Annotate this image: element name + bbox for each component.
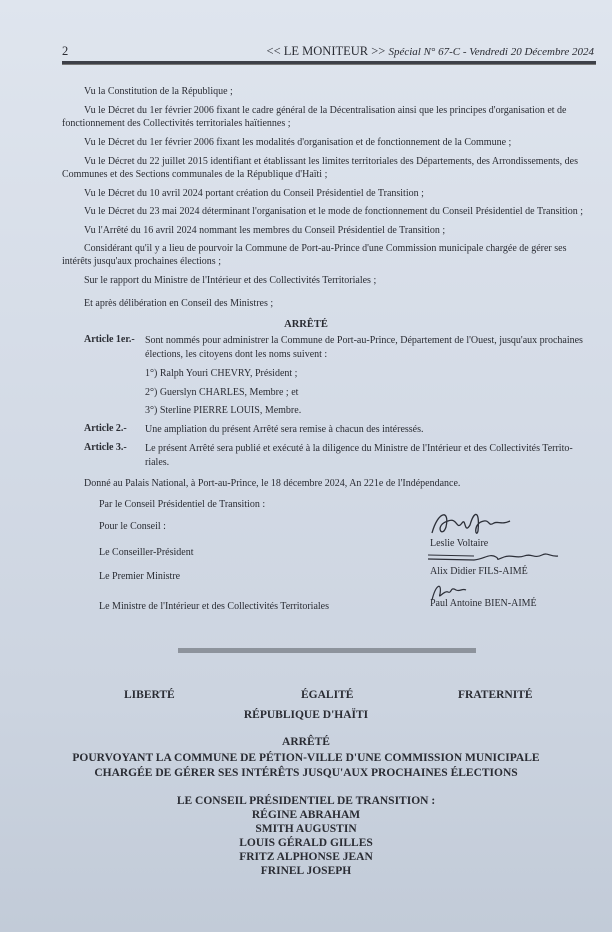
council-member: FRINEL JOSEPH bbox=[0, 864, 612, 878]
by-council: Par le Conseil Présidentiel de Transitio… bbox=[99, 498, 265, 511]
article-3-text: riales. bbox=[145, 456, 169, 469]
signature-icon bbox=[428, 505, 518, 541]
article-2-text: Une ampliation du présent Arrêté sera re… bbox=[145, 423, 424, 436]
motto-egalite: ÉGALITÉ bbox=[301, 689, 353, 701]
motto-liberte: LIBERTÉ bbox=[124, 689, 175, 701]
document-page: 2 << LE MONITEUR >> Spécial N° 67-C - Ve… bbox=[0, 0, 612, 932]
article-1-text: Sont nommés pour administrer la Commune … bbox=[145, 334, 583, 347]
consideration: Vu le Décret du 1er février 2006 fixant … bbox=[84, 104, 567, 117]
second-decree-subtitle: POURVOYANT LA COMMUNE DE PÉTION-VILLE D'… bbox=[0, 751, 612, 765]
given-at: Donné au Palais National, à Port-au-Prin… bbox=[84, 477, 460, 490]
decree-title: ARRÊTÉ bbox=[0, 318, 612, 331]
signatory-name: Paul Antoine BIEN-AIMÉ bbox=[430, 598, 537, 609]
consideration: Vu le Décret du 10 avril 2024 portant cr… bbox=[84, 187, 424, 200]
consideration-cont: intérêts jusqu'aux prochaines élections … bbox=[62, 255, 221, 268]
publication-line: << LE MONITEUR >> Spécial N° 67-C - Vend… bbox=[267, 44, 594, 59]
article-2-label: Article 2.- bbox=[84, 423, 127, 434]
signature-icon bbox=[424, 547, 564, 565]
signatory-title: Le Conseiller-Président bbox=[99, 547, 194, 558]
appointee: 1°) Ralph Youri CHEVRY, Président ; bbox=[145, 367, 297, 380]
second-decree-title: ARRÊTÉ bbox=[0, 735, 612, 749]
appointee: 3°) Sterline PIERRE LOUIS, Membre. bbox=[145, 404, 301, 417]
consideration: Vu le Décret du 1er février 2006 fixant … bbox=[84, 136, 511, 149]
article-1-label: Article 1er.- bbox=[84, 334, 135, 345]
issue-date: Vendredi 20 Décembre 2024 bbox=[469, 46, 594, 58]
council-member: FRITZ ALPHONSE JEAN bbox=[0, 850, 612, 864]
signatory-name: Alix Didier FILS-AIMÉ bbox=[430, 566, 528, 577]
consideration: Vu le Décret du 23 mai 2024 déterminant … bbox=[84, 205, 583, 218]
council-member: RÉGINE ABRAHAM bbox=[0, 808, 612, 822]
consideration: Sur le rapport du Ministre de l'Intérieu… bbox=[84, 274, 376, 287]
consideration: Vu le Décret du 22 juillet 2015 identifi… bbox=[84, 155, 578, 168]
consideration: Vu la Constitution de la République ; bbox=[84, 85, 233, 98]
issue-number: Spécial N° 67-C bbox=[388, 46, 460, 58]
consideration-cont: Communes et des Sections communales de l… bbox=[62, 168, 327, 181]
consideration: Et après délibération en Conseil des Min… bbox=[84, 297, 273, 310]
consideration: Considérant qu'il y a lieu de pourvoir l… bbox=[84, 242, 566, 255]
article-3-text: Le présent Arrêté sera publié et exécuté… bbox=[145, 442, 573, 455]
for-council: Pour le Conseil : bbox=[99, 520, 166, 533]
article-1-text: élections, les citoyens dont les noms su… bbox=[145, 348, 327, 361]
consideration-cont: fonctionnement des Collectivités territo… bbox=[62, 117, 291, 130]
council-member: SMITH AUGUSTIN bbox=[0, 822, 612, 836]
page-number: 2 bbox=[62, 44, 68, 59]
motto-fraternite: FRATERNITÉ bbox=[458, 689, 533, 701]
signatory-title: Le Ministre de l'Intérieur et des Collec… bbox=[99, 601, 329, 612]
second-decree-subtitle: CHARGÉE DE GÉRER SES INTÉRÊTS JUSQU'AUX … bbox=[0, 766, 612, 780]
signatory-title: Le Premier Ministre bbox=[99, 571, 180, 582]
republic-heading: RÉPUBLIQUE D'HAÏTI bbox=[0, 708, 612, 722]
council-member: LOUIS GÉRALD GILLES bbox=[0, 836, 612, 850]
publication-name: << LE MONITEUR >> bbox=[267, 44, 386, 58]
section-separator bbox=[178, 648, 476, 653]
council-heading: LE CONSEIL PRÉSIDENTIEL DE TRANSITION : bbox=[0, 794, 612, 808]
header-rule bbox=[62, 61, 596, 65]
consideration: Vu l'Arrêté du 16 avril 2024 nommant les… bbox=[84, 224, 445, 237]
article-3-label: Article 3.- bbox=[84, 442, 127, 453]
appointee: 2°) Guerslyn CHARLES, Membre ; et bbox=[145, 386, 298, 399]
